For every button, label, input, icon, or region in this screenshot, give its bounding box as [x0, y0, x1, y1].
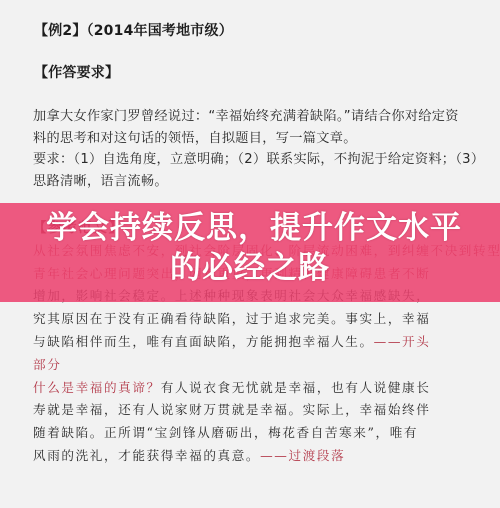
- essay-prompt: 加拿大女作家门罗曾经说过：“幸福始终充满着缺陷。”请结合你对给定资 料的思考和对…: [33, 106, 473, 192]
- article-page: 【例2】（2014年国考地市级） 【作答要求】 加拿大女作家门罗曾经说过：“幸福…: [0, 0, 500, 508]
- prompt-line: 要求：（1）自选角度，立意明确；（2）联系实际，不拘泥于给定资料；（3）: [33, 149, 473, 171]
- essay-line: 与缺陷相伴而生，唯有直面缺陷，方能拥抱幸福人生。——开头: [33, 331, 473, 354]
- essay-line: 究其原因在于没有正确看待缺陷，过于追求完美。事实上，幸福: [33, 308, 473, 331]
- banner-title-line1: 学会持续反思，提升作文水平: [0, 208, 500, 248]
- prompt-line: 料的思考和对这句话的领悟，自拟题目，写一篇文章。: [33, 128, 473, 150]
- essay-text: 有人说衣食无忧就是幸福，也有人说健康长: [161, 380, 431, 395]
- section-label-opening: ——开头: [374, 334, 431, 349]
- prompt-line: 加拿大女作家门罗曾经说过：“幸福始终充满着缺陷。”请结合你对给定资: [33, 106, 473, 128]
- essay-text: 风雨的洗礼，才能获得幸福的真意。: [33, 448, 260, 463]
- essay-text: 与缺陷相伴而生，唯有直面缺陷，方能拥抱幸福人生。: [33, 334, 374, 349]
- question-highlight: 什么是幸福的真谛？: [33, 380, 161, 395]
- essay-line: 什么是幸福的真谛？有人说衣食无忧就是幸福，也有人说健康长: [33, 377, 473, 400]
- example-heading: 【例2】（2014年国考地市级）: [34, 20, 233, 40]
- essay-line: 风雨的洗礼，才能获得幸福的真意。——过渡段落: [33, 445, 473, 468]
- essay-line: 部分: [33, 354, 473, 377]
- requirements-heading: 【作答要求】: [34, 62, 119, 82]
- banner-title: 学会持续反思，提升作文水平 的必经之路: [0, 208, 500, 288]
- essay-line: 随着缺陷。正所谓“宝剑锋从磨砺出，梅花香自苦寒来”，唯有: [33, 422, 473, 445]
- section-label-transition: ——过渡段落: [260, 448, 345, 463]
- essay-line: 寿就是幸福，还有人说家财万贯就是幸福。实际上，幸福始终伴: [33, 399, 473, 422]
- prompt-line: 思路清晰，语言流畅。: [33, 171, 473, 193]
- banner-title-line2: 的必经之路: [0, 248, 500, 288]
